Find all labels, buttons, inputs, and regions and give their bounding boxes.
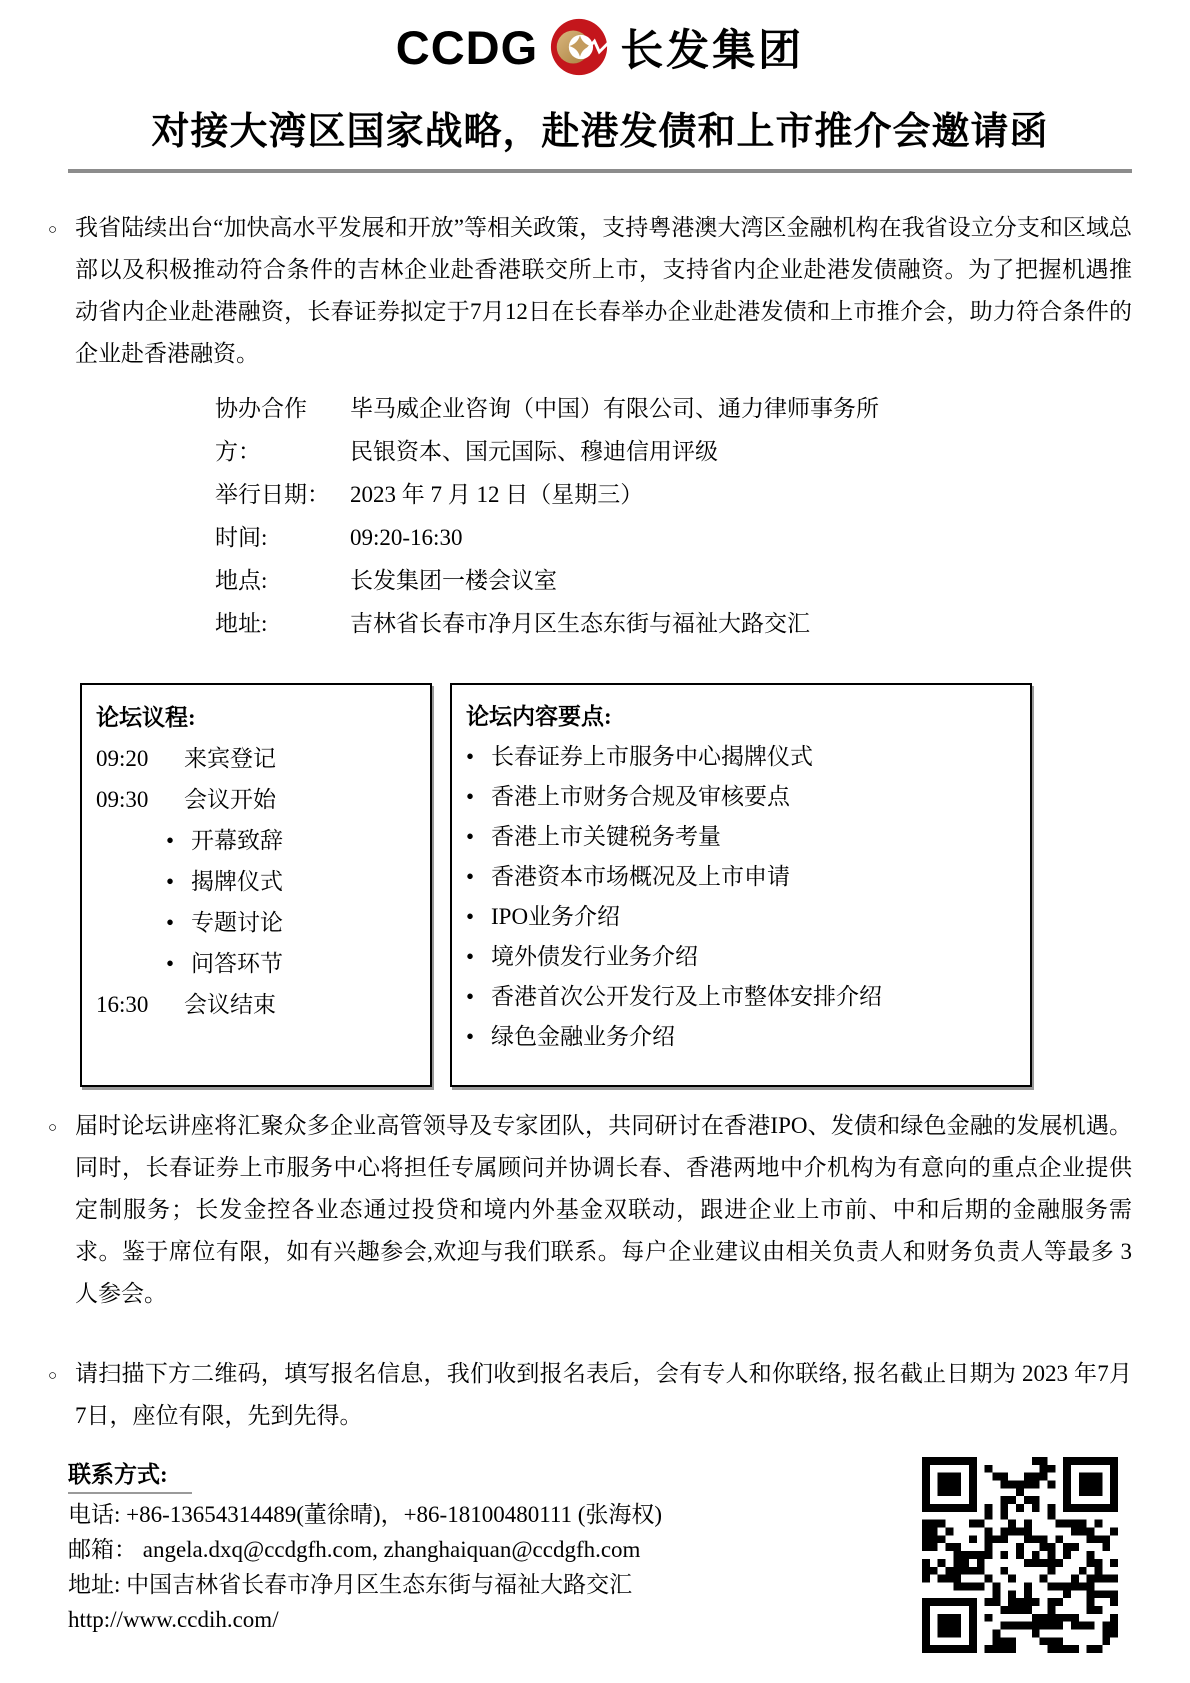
footer: 联系方式: 电话: +86-13654314489(董徐晴)，+86-18100…	[68, 1457, 1132, 1653]
highlight-text: 香港上市财务合规及审核要点	[491, 777, 790, 817]
detail-value: 2023 年 7 月 12 日（星期三）	[350, 473, 1132, 516]
partners-line-1: 毕马威企业咨询（中国）有限公司、通力律师事务所	[350, 387, 1132, 430]
dot-bullet: •	[466, 977, 491, 1017]
highlights-heading: 论坛内容要点:	[466, 697, 1016, 737]
agenda-time: 09:20	[96, 738, 184, 779]
highlight-item: •香港首次公开发行及上市整体安排介绍	[466, 977, 1016, 1017]
agenda-text: 会议结束	[184, 984, 276, 1025]
dot-bullet: •	[466, 1017, 491, 1057]
highlight-text: 香港首次公开发行及上市整体安排介绍	[491, 977, 882, 1017]
highlight-item: •IPO业务介绍	[466, 897, 1016, 937]
dot-bullet: •	[166, 820, 191, 861]
contact-section: 联系方式: 电话: +86-13654314489(董徐晴)，+86-18100…	[68, 1457, 922, 1653]
highlights-box: 论坛内容要点: •长春证券上市服务中心揭牌仪式 •香港上市财务合规及审核要点 •…	[450, 683, 1032, 1087]
detail-value: 09:20-16:30	[350, 516, 1132, 559]
circle-bullet: ○	[48, 1353, 75, 1437]
detail-value: 毕马威企业咨询（中国）有限公司、通力律师事务所 民银资本、国元国际、穆迪信用评级	[350, 387, 1132, 473]
detail-value: 长发集团一楼会议室	[350, 559, 1132, 602]
registration-text: 请扫描下方二维码，填写报名信息，我们收到报名表后，会有专人和你联络, 报名截止日…	[75, 1353, 1132, 1437]
detail-label: 地点:	[215, 559, 350, 602]
highlight-text: 长春证券上市服务中心揭牌仪式	[491, 737, 813, 777]
contact-phone: 电话: +86-13654314489(董徐晴)，+86-18100480111…	[68, 1497, 922, 1532]
dot-bullet: •	[166, 861, 191, 902]
highlight-text: 境外债发行业务介绍	[491, 937, 698, 977]
dot-bullet: •	[466, 897, 491, 937]
agenda-box: 论坛议程: 09:20 来宾登记 09:30 会议开始 • 开幕致辞 • 揭牌仪…	[80, 683, 432, 1087]
agenda-text: 开幕致辞	[191, 820, 283, 861]
intro-paragraph: ○ 我省陆续出台“加快高水平发展和开放”等相关政策，支持粤港澳大湾区金融机构在我…	[48, 207, 1132, 375]
highlight-text: 香港上市关键税务考量	[491, 817, 721, 857]
agenda-row: 09:20 来宾登记	[96, 738, 416, 779]
agenda-row: 09:30 会议开始	[96, 779, 416, 820]
highlight-item: •长春证券上市服务中心揭牌仪式	[466, 737, 1016, 777]
invitation-document-page: CCDG 长发集团 对接大湾区国家战略，赴港发债和上市推介会邀请函 ○ 我省陆续…	[0, 0, 1190, 1683]
highlight-text: IPO业务介绍	[491, 897, 620, 937]
event-details: 协办合作方： 毕马威企业咨询（中国）有限公司、通力律师事务所 民银资本、国元国际…	[215, 387, 1132, 645]
highlight-item: •绿色金融业务介绍	[466, 1017, 1016, 1057]
detail-label: 协办合作方：	[215, 387, 350, 473]
dot-bullet: •	[466, 737, 491, 777]
detail-row-time: 时间: 09:20-16:30	[215, 516, 1132, 559]
dot-bullet: •	[466, 937, 491, 977]
detail-label: 地址:	[215, 602, 350, 645]
agenda-text: 专题讨论	[191, 902, 283, 943]
dot-bullet: •	[466, 817, 491, 857]
intro-text: 我省陆续出台“加快高水平发展和开放”等相关政策，支持粤港澳大湾区金融机构在我省设…	[75, 207, 1132, 375]
agenda-text: 揭牌仪式	[191, 861, 283, 902]
detail-row-venue: 地点: 长发集团一楼会议室	[215, 559, 1132, 602]
contact-website: http://www.ccdih.com/	[68, 1602, 922, 1637]
highlight-text: 香港资本市场概况及上市申请	[491, 857, 790, 897]
highlight-item: •香港上市财务合规及审核要点	[466, 777, 1016, 817]
agenda-text: 会议开始	[184, 779, 276, 820]
contact-email: 邮箱： angela.dxq@ccdgfh.com, zhanghaiquan@…	[68, 1532, 922, 1567]
detail-label: 举行日期：	[215, 473, 350, 516]
registration-paragraph: ○ 请扫描下方二维码，填写报名信息，我们收到报名表后，会有专人和你联络, 报名截…	[48, 1353, 1132, 1437]
detail-row-partners: 协办合作方： 毕马威企业咨询（中国）有限公司、通力律师事务所 民银资本、国元国际…	[215, 387, 1132, 473]
forum-description-paragraph: ○ 届时论坛讲座将汇聚众多企业高管领导及专家团队，共同研讨在香港IPO、发债和绿…	[48, 1105, 1132, 1315]
highlight-item: •香港资本市场概况及上市申请	[466, 857, 1016, 897]
agenda-subitem: • 问答环节	[166, 943, 416, 984]
contact-heading: 联系方式:	[68, 1457, 192, 1494]
changfa-group-logo-icon	[548, 16, 610, 78]
circle-bullet: ○	[48, 1105, 75, 1315]
dot-bullet: •	[466, 857, 491, 897]
qr-code	[922, 1457, 1118, 1653]
agenda-row: 16:30 会议结束	[96, 984, 416, 1025]
company-logo: CCDG 长发集团	[68, 14, 1132, 80]
detail-row-date: 举行日期： 2023 年 7 月 12 日（星期三）	[215, 473, 1132, 516]
highlight-item: •境外债发行业务介绍	[466, 937, 1016, 977]
agenda-subitem: • 开幕致辞	[166, 820, 416, 861]
forum-description-text: 届时论坛讲座将汇聚众多企业高管领导及专家团队，共同研讨在香港IPO、发债和绿色金…	[75, 1105, 1132, 1315]
agenda-heading: 论坛议程:	[96, 697, 416, 738]
logo-company-name: 长发集团	[620, 17, 804, 78]
detail-row-address: 地址: 吉林省长春市净月区生态东街与福祉大路交汇	[215, 602, 1132, 645]
detail-value: 吉林省长春市净月区生态东街与福祉大路交汇	[350, 602, 1132, 645]
agenda-subitem: • 专题讨论	[166, 902, 416, 943]
forum-boxes: 论坛议程: 09:20 来宾登记 09:30 会议开始 • 开幕致辞 • 揭牌仪…	[80, 683, 1032, 1087]
circle-bullet: ○	[48, 207, 75, 375]
page-title: 对接大湾区国家战略，赴港发债和上市推介会邀请函	[68, 100, 1132, 173]
partners-line-2: 民银资本、国元国际、穆迪信用评级	[350, 430, 1132, 473]
highlight-item: •香港上市关键税务考量	[466, 817, 1016, 857]
agenda-time: 16:30	[96, 984, 184, 1025]
dot-bullet: •	[166, 902, 191, 943]
dot-bullet: •	[166, 943, 191, 984]
contact-address: 地址: 中国吉林省长春市净月区生态东街与福祉大路交汇	[68, 1567, 922, 1602]
agenda-time: 09:30	[96, 779, 184, 820]
dot-bullet: •	[466, 777, 491, 817]
agenda-text: 问答环节	[191, 943, 283, 984]
agenda-text: 来宾登记	[184, 738, 276, 779]
agenda-subitem: • 揭牌仪式	[166, 861, 416, 902]
detail-label: 时间:	[215, 516, 350, 559]
logo-ccdg-text: CCDG	[396, 20, 538, 75]
highlight-text: 绿色金融业务介绍	[491, 1017, 675, 1057]
